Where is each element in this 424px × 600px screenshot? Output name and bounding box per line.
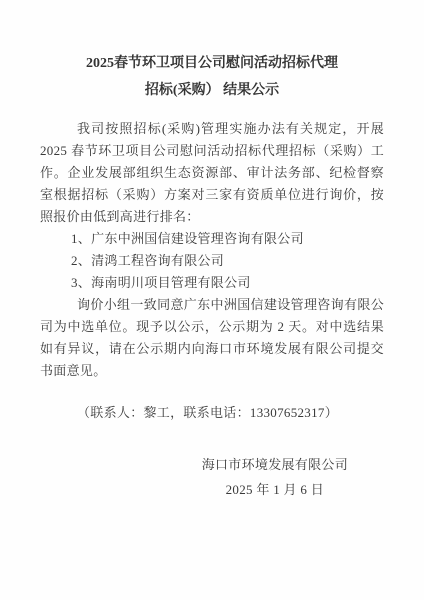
- ranked-company-list: 1、广东中洲国信建设管理咨询有限公司 2、清鸿工程咨询有限公司 3、海南明川项目…: [40, 228, 384, 294]
- ranked-company-3: 3、海南明川项目管理有限公司: [40, 272, 384, 294]
- paragraph-intro: 我司按照招标(采购)管理实施办法有关规定，开展 2025 春节环卫项目公司慰问活…: [40, 118, 384, 228]
- title-line-2: 招标(采购） 结果公示: [40, 77, 384, 104]
- document-title: 2025春节环卫项目公司慰问活动招标代理 招标(采购） 结果公示: [40, 50, 384, 104]
- ranked-company-2: 2、清鸿工程咨询有限公司: [40, 250, 384, 272]
- signature-company: 海口市环境发展有限公司: [202, 452, 348, 477]
- signature-date: 2025 年 1 月 6 日: [202, 477, 348, 502]
- ranked-company-1: 1、广东中洲国信建设管理咨询有限公司: [40, 228, 384, 250]
- title-line-1: 2025春节环卫项目公司慰问活动招标代理: [40, 50, 384, 77]
- announcement-document: 2025春节环卫项目公司慰问活动招标代理 招标(采购） 结果公示 我司按照招标(…: [0, 0, 424, 600]
- paragraph-result: 询价小组一致同意广东中洲国信建设管理咨询有限公司为中选单位。现予以公示，公示期为…: [40, 294, 384, 382]
- contact-line: （联系人：黎工，联系电话：13307652317）: [40, 402, 384, 424]
- signature-block: 海口市环境发展有限公司 2025 年 1 月 6 日: [202, 452, 348, 502]
